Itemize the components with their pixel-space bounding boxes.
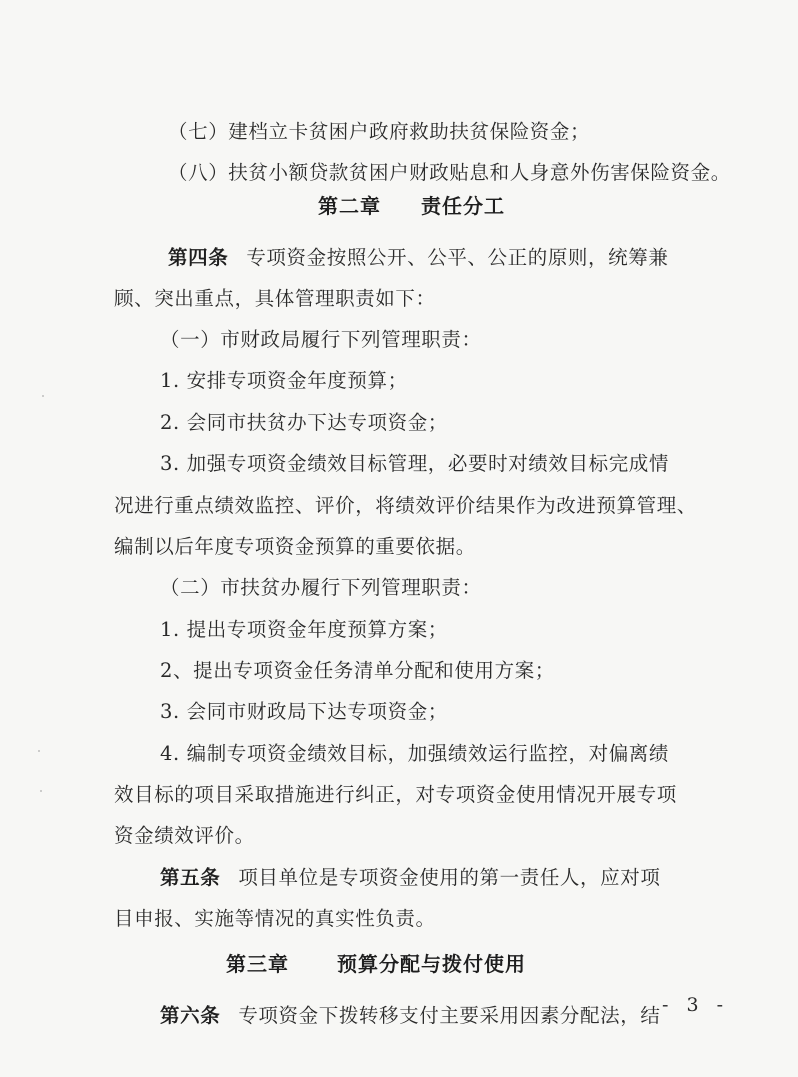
article-6-line-1: 第六条专项资金下拨转移支付主要采用因素分配法，结 — [160, 1006, 660, 1026]
article-4-line-1: 第四条专项资金按照公开、公平、公正的原则，统筹兼 — [168, 248, 668, 268]
document-page: （七）建档立卡贫困户政府救助扶贫保险资金； （八）扶贫小额贷款贫困户财政贴息和人… — [0, 0, 798, 1077]
article-4-line-2: 顾、突出重点，具体管理职责如下： — [114, 289, 436, 309]
chapter-title: 预算分配与拨付使用 — [337, 952, 526, 976]
section-1-item-2: 2. 会同市扶贫办下达专项资金； — [160, 413, 448, 433]
chapter-number: 第二章 — [318, 194, 381, 218]
chapter-number: 第三章 — [226, 952, 289, 976]
section-1-title: （一）市财政局履行下列管理职责： — [160, 330, 482, 350]
section-1-item-1: 1. 安排专项资金年度预算； — [160, 371, 408, 391]
section-2-item-1: 1. 提出专项资金年度预算方案； — [160, 620, 448, 640]
section-1-item-3-cont-1: 况进行重点绩效监控、评价，将绩效评价结果作为改进预算管理、 — [114, 496, 697, 516]
chapter-2-heading: 第二章责任分工 — [318, 190, 505, 219]
chapter-title: 责任分工 — [421, 194, 505, 218]
section-2-item-2: 2、提出专项资金任务清单分配和使用方案； — [160, 661, 555, 681]
article-label: 第五条 — [160, 866, 220, 889]
article-label: 第四条 — [168, 246, 228, 269]
section-2-title: （二）市扶贫办履行下列管理职责： — [160, 578, 482, 598]
chapter-3-heading: 第三章预算分配与拨付使用 — [226, 948, 526, 977]
page-number: - 3 - — [662, 994, 729, 1016]
section-2-item-4-cont-1: 效目标的项目采取措施进行纠正，对专项资金使用情况开展专项 — [114, 785, 677, 805]
section-1-item-3-cont-2: 编制以后年度专项资金预算的重要依据。 — [114, 537, 476, 557]
section-2-item-4-cont-2: 资金绩效评价。 — [114, 826, 255, 846]
scan-speck — [38, 750, 40, 752]
scan-speck — [40, 790, 42, 792]
article-5-line-2: 目申报、实施等情况的真实性负责。 — [114, 909, 436, 929]
section-1-item-3: 3. 加强专项资金绩效目标管理，必要时对绩效目标完成情 — [160, 454, 669, 474]
article-label: 第六条 — [160, 1004, 220, 1027]
item-seven: （七）建档立卡贫困户政府救助扶贫保险资金； — [168, 122, 590, 142]
scan-speck — [42, 395, 44, 397]
article-5-line-1: 第五条项目单位是专项资金使用的第一责任人，应对项 — [160, 868, 660, 888]
item-eight: （八）扶贫小额贷款贫困户财政贴息和人身意外伤害保险资金。 — [168, 163, 731, 183]
section-2-item-4: 4. 编制专项资金绩效目标，加强绩效运行监控，对偏离绩 — [160, 744, 669, 764]
section-2-item-3: 3. 会同市财政局下达专项资金； — [160, 702, 448, 722]
